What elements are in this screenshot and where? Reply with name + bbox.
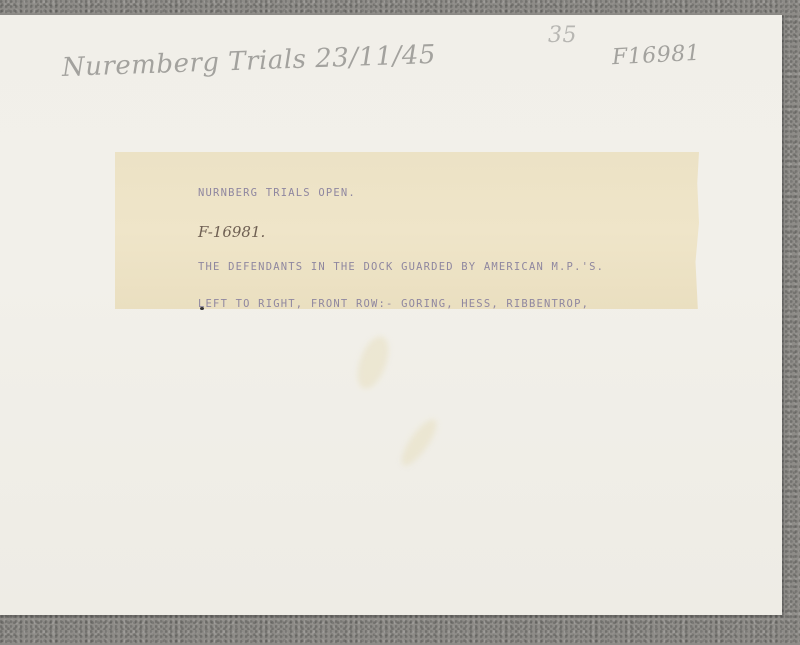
- handwritten-reference: F16981: [611, 41, 700, 71]
- paper-stain: [396, 415, 442, 470]
- photo-back-paper: Nuremberg Trials 23/11/45 35 F16981 NURN…: [0, 15, 782, 615]
- handwritten-number: 35: [548, 23, 577, 48]
- caption-line-back-row: LEFT TO RIGHT, BACK ROW:- DONITZ, RAEDER…: [198, 372, 679, 384]
- handwritten-title: Nuremberg Trials 23/11/45: [61, 40, 436, 83]
- caption-line-credit: ACME/BRITISH COMBINE.: [198, 446, 679, 458]
- caption-line-front-row: LEFT TO RIGHT, FRONT ROW:- GORING, HESS,…: [198, 298, 679, 310]
- caption-line-description: THE DEFENDANTS IN THE DOCK GUARDED BY AM…: [198, 261, 679, 273]
- ink-dot: [200, 307, 204, 310]
- caption-line-front-row-cont: KEITEL, ROSENBERG, FRANK.: [198, 335, 679, 347]
- caption-reference-stamp: F-16981.: [198, 225, 679, 239]
- caption-line-headline: NURNBERG TRIALS OPEN.: [198, 187, 679, 199]
- caption-text: NURNBERG TRIALS OPEN. F-16981. THE DEFEN…: [198, 162, 679, 482]
- paper-stain: [351, 332, 394, 393]
- typed-caption-slip: NURNBERG TRIALS OPEN. F-16981. THE DEFEN…: [115, 152, 699, 309]
- caption-line-back-row-cont: JODL, VON PAPEN.: [198, 409, 679, 421]
